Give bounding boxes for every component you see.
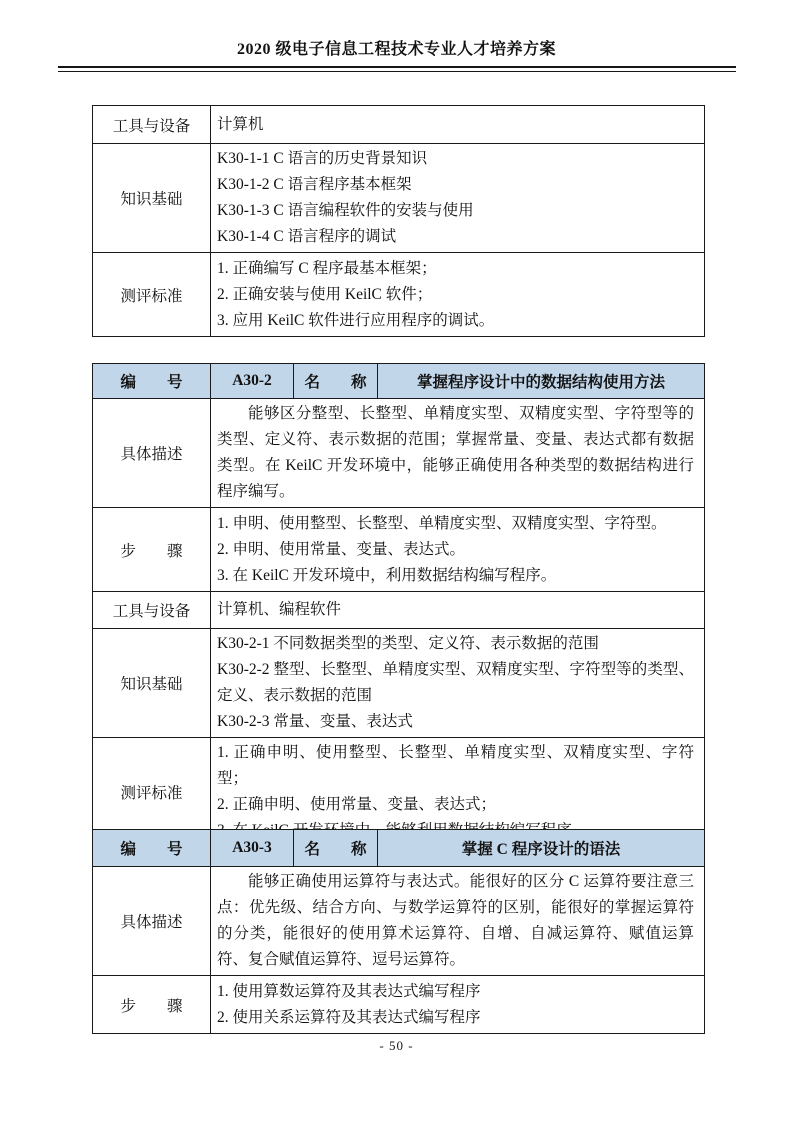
row-label-evaluation: 测评标准: [93, 253, 211, 337]
name-value-cell: 掌握程序设计中的数据结构使用方法: [378, 364, 705, 399]
table-row: 步 骤 1. 使用算数运算符及其表达式编写程序 2. 使用关系运算符及其表达式编…: [93, 976, 705, 1034]
code-label-cell: 编 号: [93, 364, 211, 399]
table-row: 工具与设备 计算机、编程软件: [93, 592, 705, 629]
step-item: 2. 使用关系运算符及其表达式编写程序: [217, 1005, 694, 1031]
row-label-description: 具体描述: [93, 399, 211, 508]
table-row: 具体描述 能够区分整型、长整型、单精度实型、双精度实型、字符型等的类型、定义符、…: [93, 399, 705, 508]
page-title: 2020 级电子信息工程技术专业人才培养方案: [0, 36, 793, 59]
knowledge-item: K30-1-1 C 语言的历史背景知识: [217, 146, 694, 172]
footer-page-number: - 50 -: [0, 1038, 793, 1054]
table-header-row: 编 号 A30-3 名 称 掌握 C 程序设计的语法: [93, 830, 705, 867]
name-value-cell: 掌握 C 程序设计的语法: [378, 830, 705, 867]
evaluation-item: 2. 正确安装与使用 KeilC 软件；: [217, 282, 694, 308]
knowledge-item: K30-2-1 不同数据类型的类型、定义符、表示数据的范围: [217, 631, 694, 657]
row-label-knowledge: 知识基础: [93, 144, 211, 253]
step-item: 1. 使用算数运算符及其表达式编写程序: [217, 979, 694, 1005]
row-label-steps: 步 骤: [93, 508, 211, 592]
table-row: 步 骤 1. 申明、使用整型、长整型、单精度实型、双精度实型、字符型。 2. 申…: [93, 508, 705, 592]
knowledge-item: K30-1-4 C 语言程序的调试: [217, 224, 694, 250]
step-item: 1. 申明、使用整型、长整型、单精度实型、双精度实型、字符型。: [217, 511, 694, 537]
table-row: 知识基础 K30-1-1 C 语言的历史背景知识 K30-1-2 C 语言程序基…: [93, 144, 705, 253]
table-a30-1-continued: 工具与设备 计算机 知识基础 K30-1-1 C 语言的历史背景知识 K30-1…: [92, 105, 705, 337]
row-label-knowledge: 知识基础: [93, 629, 211, 738]
evaluation-item: 2. 正确申明、使用常量、变量、表达式；: [217, 792, 694, 818]
code-label-cell: 编 号: [93, 830, 211, 867]
table-a30-3: 编 号 A30-3 名 称 掌握 C 程序设计的语法 具体描述 能够正确使用运算…: [92, 829, 705, 1034]
name-label-cell: 名 称: [294, 830, 378, 867]
evaluation-item: 1. 正确编写 C 程序最基本框架；: [217, 256, 694, 282]
code-value-cell: A30-3: [211, 830, 294, 867]
table-row: 测评标准 1. 正确编写 C 程序最基本框架； 2. 正确安装与使用 KeilC…: [93, 253, 705, 337]
header-divider-rule: [58, 66, 736, 72]
table-a30-2: 编 号 A30-2 名 称 掌握程序设计中的数据结构使用方法 具体描述 能够区分…: [92, 363, 705, 847]
knowledge-item: K30-1-3 C 语言编程软件的安装与使用: [217, 198, 694, 224]
code-value-cell: A30-2: [211, 364, 294, 399]
knowledge-item: K30-1-2 C 语言程序基本框架: [217, 172, 694, 198]
row-label-steps: 步 骤: [93, 976, 211, 1034]
document-page: 2020 级电子信息工程技术专业人才培养方案 工具与设备 计算机 知识基础 K3…: [0, 0, 793, 1122]
step-item: 2. 申明、使用常量、变量、表达式。: [217, 537, 694, 563]
evaluation-item: 3. 应用 KeilC 软件进行应用程序的调试。: [217, 308, 694, 334]
tools-value: 计算机、编程软件: [217, 597, 694, 623]
description-text: 能够区分整型、长整型、单精度实型、双精度实型、字符型等的类型、定义符、表示数据的…: [217, 401, 694, 505]
knowledge-item: K30-2-3 常量、变量、表达式: [217, 709, 694, 735]
description-text: 能够正确使用运算符与表达式。能很好的区分 C 运算符要注意三点：优先级、结合方向…: [217, 869, 694, 973]
name-label-cell: 名 称: [294, 364, 378, 399]
knowledge-item: K30-2-2 整型、长整型、单精度实型、双精度实型、字符型等的类型、定义、表示…: [217, 657, 694, 709]
evaluation-item: 1. 正确申明、使用整型、长整型、单精度实型、双精度实型、字符型；: [217, 740, 694, 792]
tools-value: 计算机: [217, 112, 694, 138]
row-label-tools: 工具与设备: [93, 106, 211, 144]
table-row: 工具与设备 计算机: [93, 106, 705, 144]
step-item: 3. 在 KeilC 开发环境中，利用数据结构编写程序。: [217, 563, 694, 589]
table-row: 具体描述 能够正确使用运算符与表达式。能很好的区分 C 运算符要注意三点：优先级…: [93, 867, 705, 976]
row-label-description: 具体描述: [93, 867, 211, 976]
row-label-tools: 工具与设备: [93, 592, 211, 629]
table-row: 知识基础 K30-2-1 不同数据类型的类型、定义符、表示数据的范围 K30-2…: [93, 629, 705, 738]
table-header-row: 编 号 A30-2 名 称 掌握程序设计中的数据结构使用方法: [93, 364, 705, 399]
